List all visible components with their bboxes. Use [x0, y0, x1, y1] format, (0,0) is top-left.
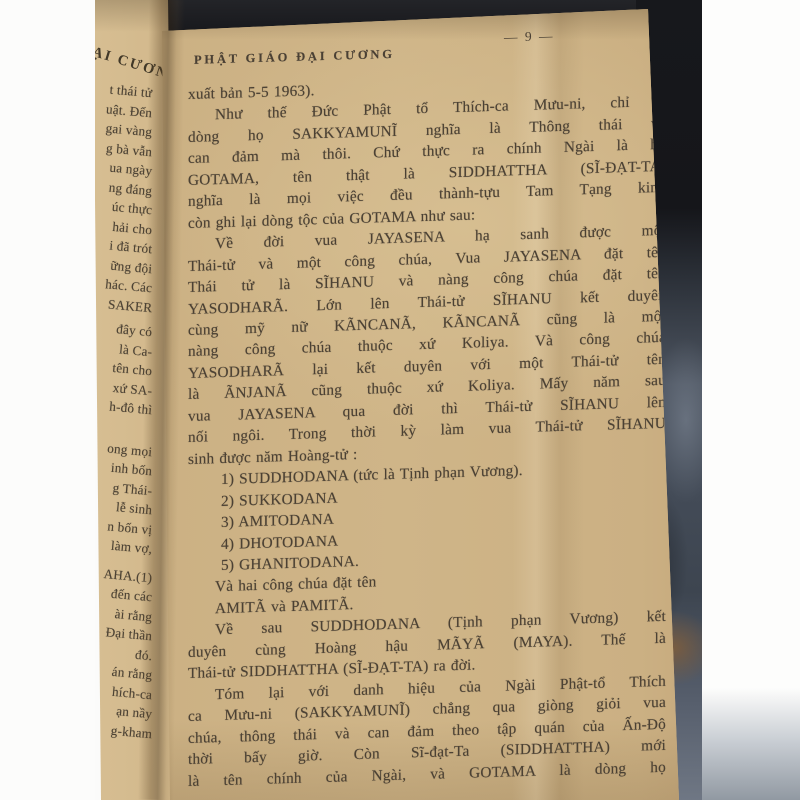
page-number: — 9 —: [504, 28, 555, 45]
page-content: PHẬT GIÁO ĐẠI CƯƠNG — 9 — xuất bản 5-5 1…: [188, 24, 666, 792]
book-photo: ẠI CƯƠNG t thái tửuật. Đếngai vàngg bà v…: [0, 0, 800, 800]
running-title: PHẬT GIÁO ĐẠI CƯƠNG: [194, 47, 395, 68]
background-right: [702, 0, 800, 800]
background-left: [0, 0, 95, 800]
page-body-text: xuất bản 5-5 1963).Như thế Đức Phật tổ T…: [188, 70, 666, 792]
